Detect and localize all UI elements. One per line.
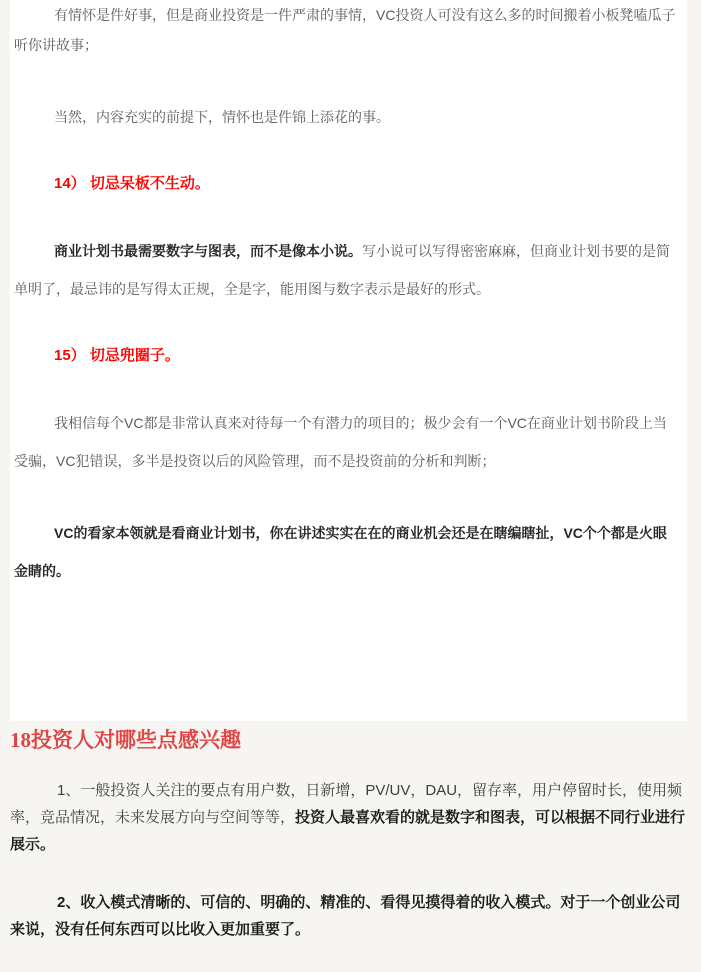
article-card: 有情怀是件好事，但是商业投资是一件严肃的事情，VC投资人可没有这么多的时间搬着小… <box>10 0 687 721</box>
heading-tip-15: 15） 切忌兜圈子。 <box>14 346 677 366</box>
paragraph-point-2: 2、收入模式清晰的、可信的、明确的、精准的、看得见摸得着的收入模式。对于一个创业… <box>10 889 691 943</box>
paragraph-charts-over-novel: 商业计划书最需要数字与图表，而不是像本小说。写小说可以写得密密麻麻，但商业计划书… <box>14 232 677 308</box>
section-heading-18: 18投资人对哪些点感兴趣 <box>10 726 691 754</box>
paragraph-sentiment: 有情怀是件好事，但是商业投资是一件严肃的事情，VC投资人可没有这么多的时间搬着小… <box>14 0 677 60</box>
paragraph-vc-serious: 我相信每个VC都是非常认真来对待每一个有潜力的项目的；极少会有一个VC在商业计划… <box>14 404 677 480</box>
paragraph-point-1: 1、一般投资人关注的要点有用户数，日新增，PV/UV，DAU，留存率，用户停留时… <box>10 777 691 858</box>
heading-tip-14: 14） 切忌呆板不生动。 <box>14 174 677 194</box>
section-investor-interests: 18投资人对哪些点感兴趣 1、一般投资人关注的要点有用户数，日新增，PV/UV，… <box>0 721 701 972</box>
paragraph-content-first: 当然，内容充实的前提下，情怀也是件锦上添花的事。 <box>14 98 677 136</box>
paragraph-charts-bold-lead: 商业计划书最需要数字与图表，而不是像本小说。 <box>54 243 362 259</box>
paragraph-vc-skill: VC的看家本领就是看商业计划书，你在讲述实实在在的商业机会还是在瞎编瞎扯，VC个… <box>14 514 677 590</box>
